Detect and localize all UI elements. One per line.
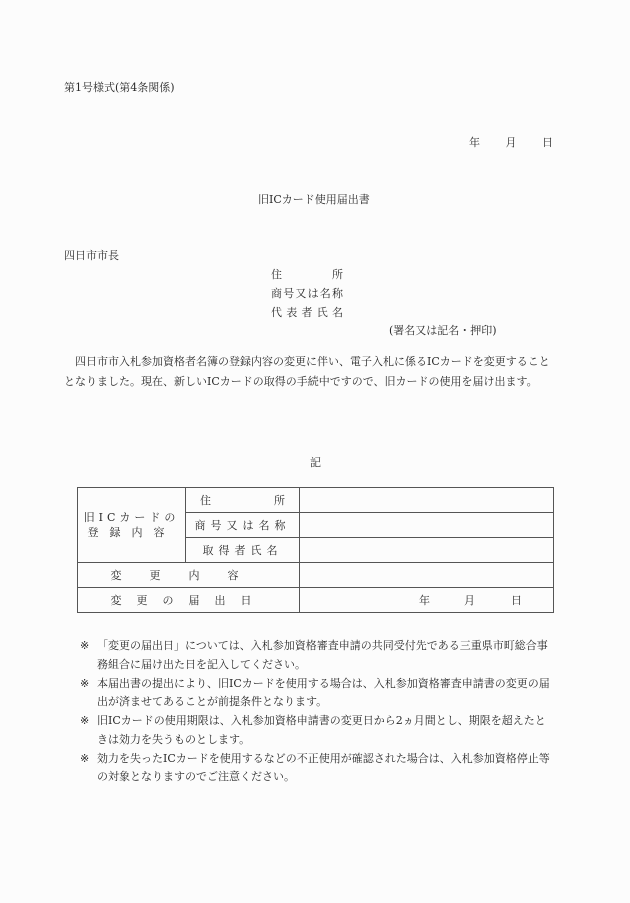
- note-text: 「変更の届出日」については、入札参加資格審査申請の共同受付先である三重県市町総合…: [97, 639, 548, 671]
- address-label: 住所: [186, 488, 300, 513]
- date-line: 年 月 日: [469, 137, 553, 148]
- table-row: 旧ICカードの 登録内容 住所: [78, 488, 554, 513]
- group-label-line2: 登録内容: [78, 525, 185, 540]
- document-title: 旧ICカード使用届出書: [258, 194, 370, 205]
- applicant-address-label: 住 所: [271, 269, 343, 280]
- note-text: 旧ICカードの使用期限は、入札参加資格申請書の変更日から2ヵ月間とし、期限を超え…: [97, 714, 546, 746]
- change-content-value-cell[interactable]: [300, 563, 554, 588]
- note-item: ※ 「変更の届出日」については、入札参加資格審査申請の共同受付先である三重県市町…: [80, 637, 556, 674]
- change-date-year: 年: [419, 592, 430, 608]
- body-paragraph: 四日市市入札参加資格者名簿の登録内容の変更に伴い、電子入札に係るICカードを変更…: [64, 352, 556, 391]
- old-card-registration-label: 旧ICカードの 登録内容: [78, 488, 186, 563]
- applicant-representative-row: 代表者氏名: [271, 307, 343, 318]
- form-number: 第1号様式(第4条関係): [64, 82, 175, 93]
- notes-list: ※ 「変更の届出日」については、入札参加資格審査申請の共同受付先である三重県市町…: [80, 637, 556, 787]
- applicant-company-label: 商号又は名称: [271, 288, 343, 299]
- applicant-company-row: 商号又は名称: [271, 288, 343, 299]
- reference-mark-icon: ※: [80, 712, 89, 731]
- reference-mark-icon: ※: [80, 675, 89, 694]
- change-date-value-cell[interactable]: 年月日: [300, 588, 554, 613]
- date-year-label: 年: [469, 137, 480, 148]
- reference-mark-icon: ※: [80, 637, 89, 656]
- address-value-cell[interactable]: [300, 488, 554, 513]
- signature-note: (署名又は記名・押印): [389, 325, 497, 336]
- addressee: 四日市市長: [64, 250, 119, 261]
- acquirer-name-value-cell[interactable]: [300, 538, 554, 563]
- change-date-label: 変更の届出日: [78, 588, 300, 613]
- table-row: 変更の届出日 年月日: [78, 588, 554, 613]
- note-item: ※ 本届出書の提出により、旧ICカードを使用する場合は、入札参加資格審査申請書の…: [80, 675, 556, 712]
- table-row: 変更内容: [78, 563, 554, 588]
- group-label-line1: 旧ICカードの: [78, 510, 185, 525]
- company-name-value-cell[interactable]: [300, 513, 554, 538]
- applicant-representative-label: 代表者氏名: [271, 307, 343, 318]
- company-name-label: 商号又は名称: [186, 513, 300, 538]
- change-content-label: 変更内容: [78, 563, 300, 588]
- date-day-label: 日: [542, 137, 553, 148]
- change-date-day: 日: [511, 592, 522, 608]
- registration-table: 旧ICカードの 登録内容 住所 商号又は名称 取得者氏名 変更内容 変更の届出日…: [77, 487, 554, 613]
- ki-heading: 記: [310, 457, 321, 468]
- change-date-month: 月: [464, 592, 475, 608]
- note-item: ※ 効力を失ったICカードを使用するなどの不正使用が確認された場合は、入札参加資…: [80, 750, 556, 787]
- date-month-label: 月: [506, 137, 517, 148]
- note-text: 本届出書の提出により、旧ICカードを使用する場合は、入札参加資格審査申請書の変更…: [97, 677, 550, 709]
- note-text: 効力を失ったICカードを使用するなどの不正使用が確認された場合は、入札参加資格停…: [97, 752, 550, 784]
- reference-mark-icon: ※: [80, 750, 89, 769]
- note-item: ※ 旧ICカードの使用期限は、入札参加資格申請書の変更日から2ヵ月間とし、期限を…: [80, 712, 556, 749]
- applicant-address-row: 住 所: [271, 269, 343, 280]
- acquirer-name-label: 取得者氏名: [186, 538, 300, 563]
